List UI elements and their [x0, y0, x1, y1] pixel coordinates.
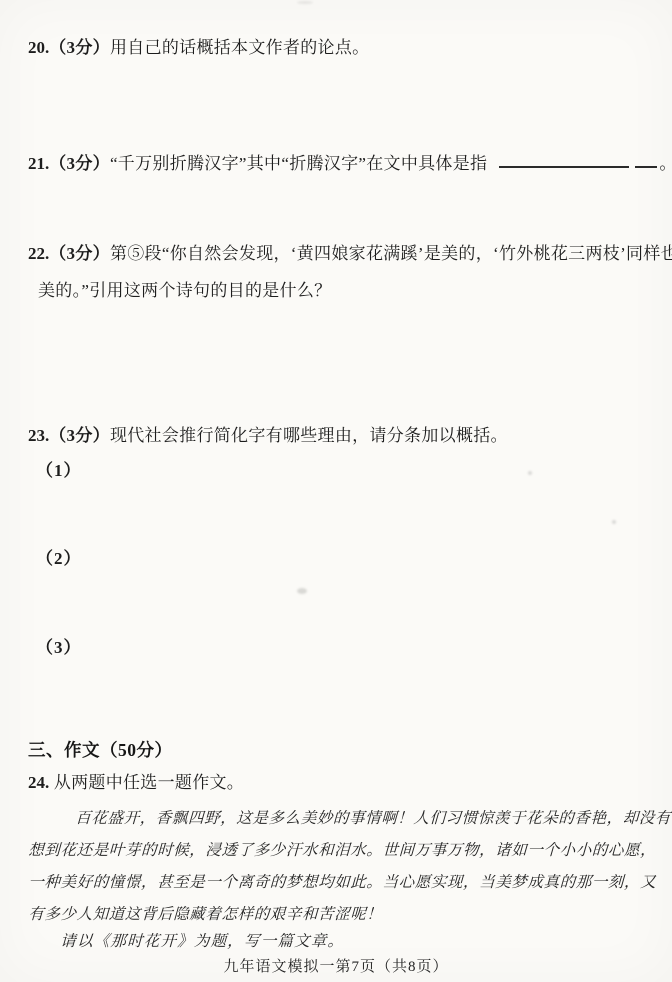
question-20-points: （3分）	[49, 38, 110, 57]
question-21-text: “千万别折腾汉字”其中“折腾汉字”在文中具体是指	[110, 154, 487, 173]
essay-prompt-line-1: 百花盛开，香飘四野，这是多么美妙的事情啊！人们习惯惊羡于花朵的香艳，却没有	[75, 806, 671, 828]
question-23: 23.（3分）现代社会推行简化字有哪些理由，请分条加以概括。	[28, 424, 508, 449]
question-21-suffix: 。	[659, 154, 672, 173]
question-21-number: 21.	[28, 154, 49, 173]
question-24-text: 从两题中任选一题作文。	[54, 773, 244, 792]
question-23-number: 23.	[28, 426, 49, 445]
essay-prompt-line-2: 想到花还是叶芽的时候，浸透了多少汗水和泪水。世间万事万物，诸如一个小小的心愿，	[28, 838, 657, 860]
question-20-number: 20.	[28, 38, 49, 57]
question-23-text: 现代社会推行简化字有哪些理由，请分条加以概括。	[110, 426, 508, 445]
exam-paper-page: 20.（3分）用自己的话概括本文作者的论点。 21.（3分）“千万别折腾汉字”其…	[0, 0, 672, 982]
question-23-sub-3: （3）	[36, 633, 82, 658]
question-21: 21.（3分）“千万别折腾汉字”其中“折腾汉字”在文中具体是指。	[28, 152, 672, 177]
question-20-text: 用自己的话概括本文作者的论点。	[110, 38, 370, 57]
essay-prompt-line-3: 一种美好的憧憬，甚至是一个离奇的梦想均如此。当心愿实现，当美梦成真的那一刻，又	[28, 870, 657, 892]
scan-smudge-1	[297, 588, 307, 594]
question-23-points: （3分）	[49, 426, 110, 445]
question-22-line1: 22.（3分）第⑤段“你自然会发现，‘黄四娘家花满蹊’是美的，‘竹外桃花三两枝’…	[28, 242, 672, 267]
question-24: 24. 从两题中任选一题作文。	[28, 771, 244, 796]
scan-smudge-3	[612, 520, 616, 524]
scan-smudge-4	[297, 1, 313, 4]
page-footer: 九年语文模拟一第7页（共8页）	[0, 955, 672, 976]
question-22-text-line2: 美的。”引用这两个诗句的目的是什么？	[38, 281, 331, 300]
section-3-heading: 三、作文（50分）	[28, 737, 173, 762]
question-20: 20.（3分）用自己的话概括本文作者的论点。	[28, 36, 369, 61]
question-23-sub-1: （1）	[36, 456, 82, 481]
answer-blank-line	[499, 163, 657, 168]
question-22-number: 22.	[28, 244, 49, 263]
question-23-sub-2: （2）	[36, 544, 82, 569]
question-22-line2: 美的。”引用这两个诗句的目的是什么？	[38, 279, 331, 304]
scan-smudge-2	[528, 471, 532, 475]
question-21-points: （3分）	[49, 154, 110, 173]
question-22-points: （3分）	[49, 244, 110, 263]
essay-title-instruction: 请以《那时花开》为题，写一篇文章。	[60, 929, 345, 951]
essay-prompt-line-4: 有多少人知道这背后隐藏着怎样的艰辛和苦涩呢！	[28, 902, 383, 924]
question-24-number: 24.	[28, 773, 49, 792]
question-22-text-line1: 第⑤段“你自然会发现，‘黄四娘家花满蹊’是美的，‘竹外桃花三两枝’同样也是	[110, 244, 672, 263]
